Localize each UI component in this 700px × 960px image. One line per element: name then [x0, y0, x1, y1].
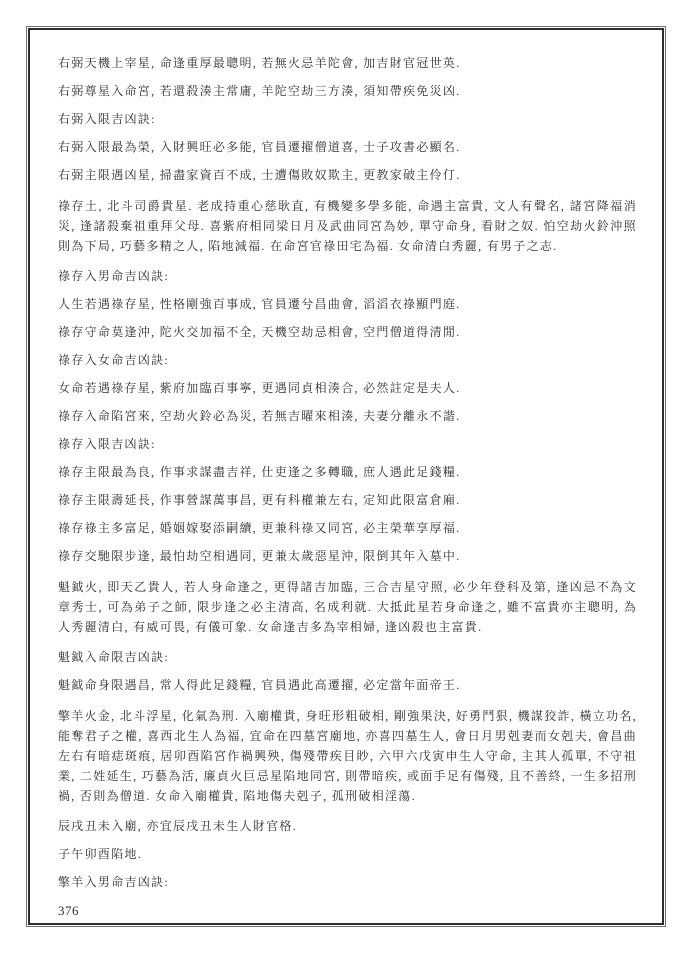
verse-line: 祿存主限壽延長, 作事營謀萬事昌, 更有科權兼左右, 定知此限富倉廂.	[58, 493, 637, 508]
section-header: 魁鉞入命限吉凶訣:	[58, 650, 637, 665]
section-header: 擎羊入男命吉凶訣:	[58, 875, 637, 890]
verse-line: 子午卯酉陷地.	[58, 847, 637, 862]
page-number: 376	[58, 903, 637, 919]
verse-line: 女命若遇祿存星, 紫府加臨百事寧, 更遇同貞相湊合, 必然註定是夫人.	[58, 381, 637, 396]
paragraph: 祿存土, 北斗司爵貴星. 老成持重心慈耿直, 有機變多學多能, 命遇主富貴, 文…	[58, 196, 637, 256]
section-header: 右弼入限吉凶訣:	[58, 112, 637, 127]
verse-line: 魁鉞命身限遇昌, 常人得此足錢糧, 官員遇此高遷擢, 必定當年面帝王.	[58, 678, 637, 693]
verse-line: 祿存交馳限步逢, 最怕劫空相遇同, 更兼太歲惡星沖, 限倒其年入墓中.	[58, 549, 637, 564]
verse-line: 右弼入限最為榮, 入財興旺必多能, 官員遷擢僧道喜, 士子攻書必顯名.	[58, 140, 637, 155]
verse-line: 祿存入命陷宮來, 空劫火鈴必為災, 若無吉曜來相湊, 夫妻分離永不諧.	[58, 409, 637, 424]
verse-line: 人生若遇祿存星, 性格剛強百事成, 官員遷兮昌曲會, 滔滔衣祿顯門庭.	[58, 297, 637, 312]
paragraph: 魁鉞火, 即天乙貴人, 若人身命逢之, 更得諸吉加臨, 三合吉星守照, 必少年登…	[58, 577, 637, 637]
section-header: 祿存入限吉凶訣:	[58, 437, 637, 452]
verse-line: 祿存主限最為良, 作事求謀盡吉祥, 仕吏逢之多轉職, 庶人遇此足錢糧.	[58, 465, 637, 480]
verse-line: 右弼尊星入命宮, 若還殺湊主常庸, 羊陀空劫三方湊, 須知帶疾免災凶.	[58, 84, 637, 99]
page-content: 右弼天機上宰星, 命逢重厚最聰明, 若無火忌羊陀會, 加吉財官冠世英.右弼尊星入…	[30, 30, 662, 919]
verse-line: 右弼天機上宰星, 命逢重厚最聰明, 若無火忌羊陀會, 加吉財官冠世英.	[58, 56, 637, 71]
section-header: 祿存入男命吉凶訣:	[58, 269, 637, 284]
paragraph: 擎羊火金, 北斗浮星, 化氣為刑. 入廟權貴, 身旺形粗破相, 剛強果決, 好勇…	[58, 706, 637, 806]
verse-line: 右弼主限遇凶星, 掃盡家資百不成, 士遭傷敗奴欺主, 更教家破主伶仃.	[58, 168, 637, 183]
section-header: 祿存入女命吉凶訣:	[58, 353, 637, 368]
verse-line: 辰戌丑未入廟, 亦宜辰戌丑未生人財官格.	[58, 819, 637, 834]
page-frame: 右弼天機上宰星, 命逢重厚最聰明, 若無火忌羊陀會, 加吉財官冠世英.右弼尊星入…	[28, 28, 664, 925]
text-blocks: 右弼天機上宰星, 命逢重厚最聰明, 若無火忌羊陀會, 加吉財官冠世英.右弼尊星入…	[58, 56, 637, 890]
verse-line: 祿存祿主多富足, 婚姻嫁娶添嗣續, 更兼科祿又同宮, 必主榮華享厚福.	[58, 521, 637, 536]
verse-line: 祿存守命莫逢沖, 陀火交加福不全, 天機空劫忌相會, 空門僧道得清閒.	[58, 325, 637, 340]
